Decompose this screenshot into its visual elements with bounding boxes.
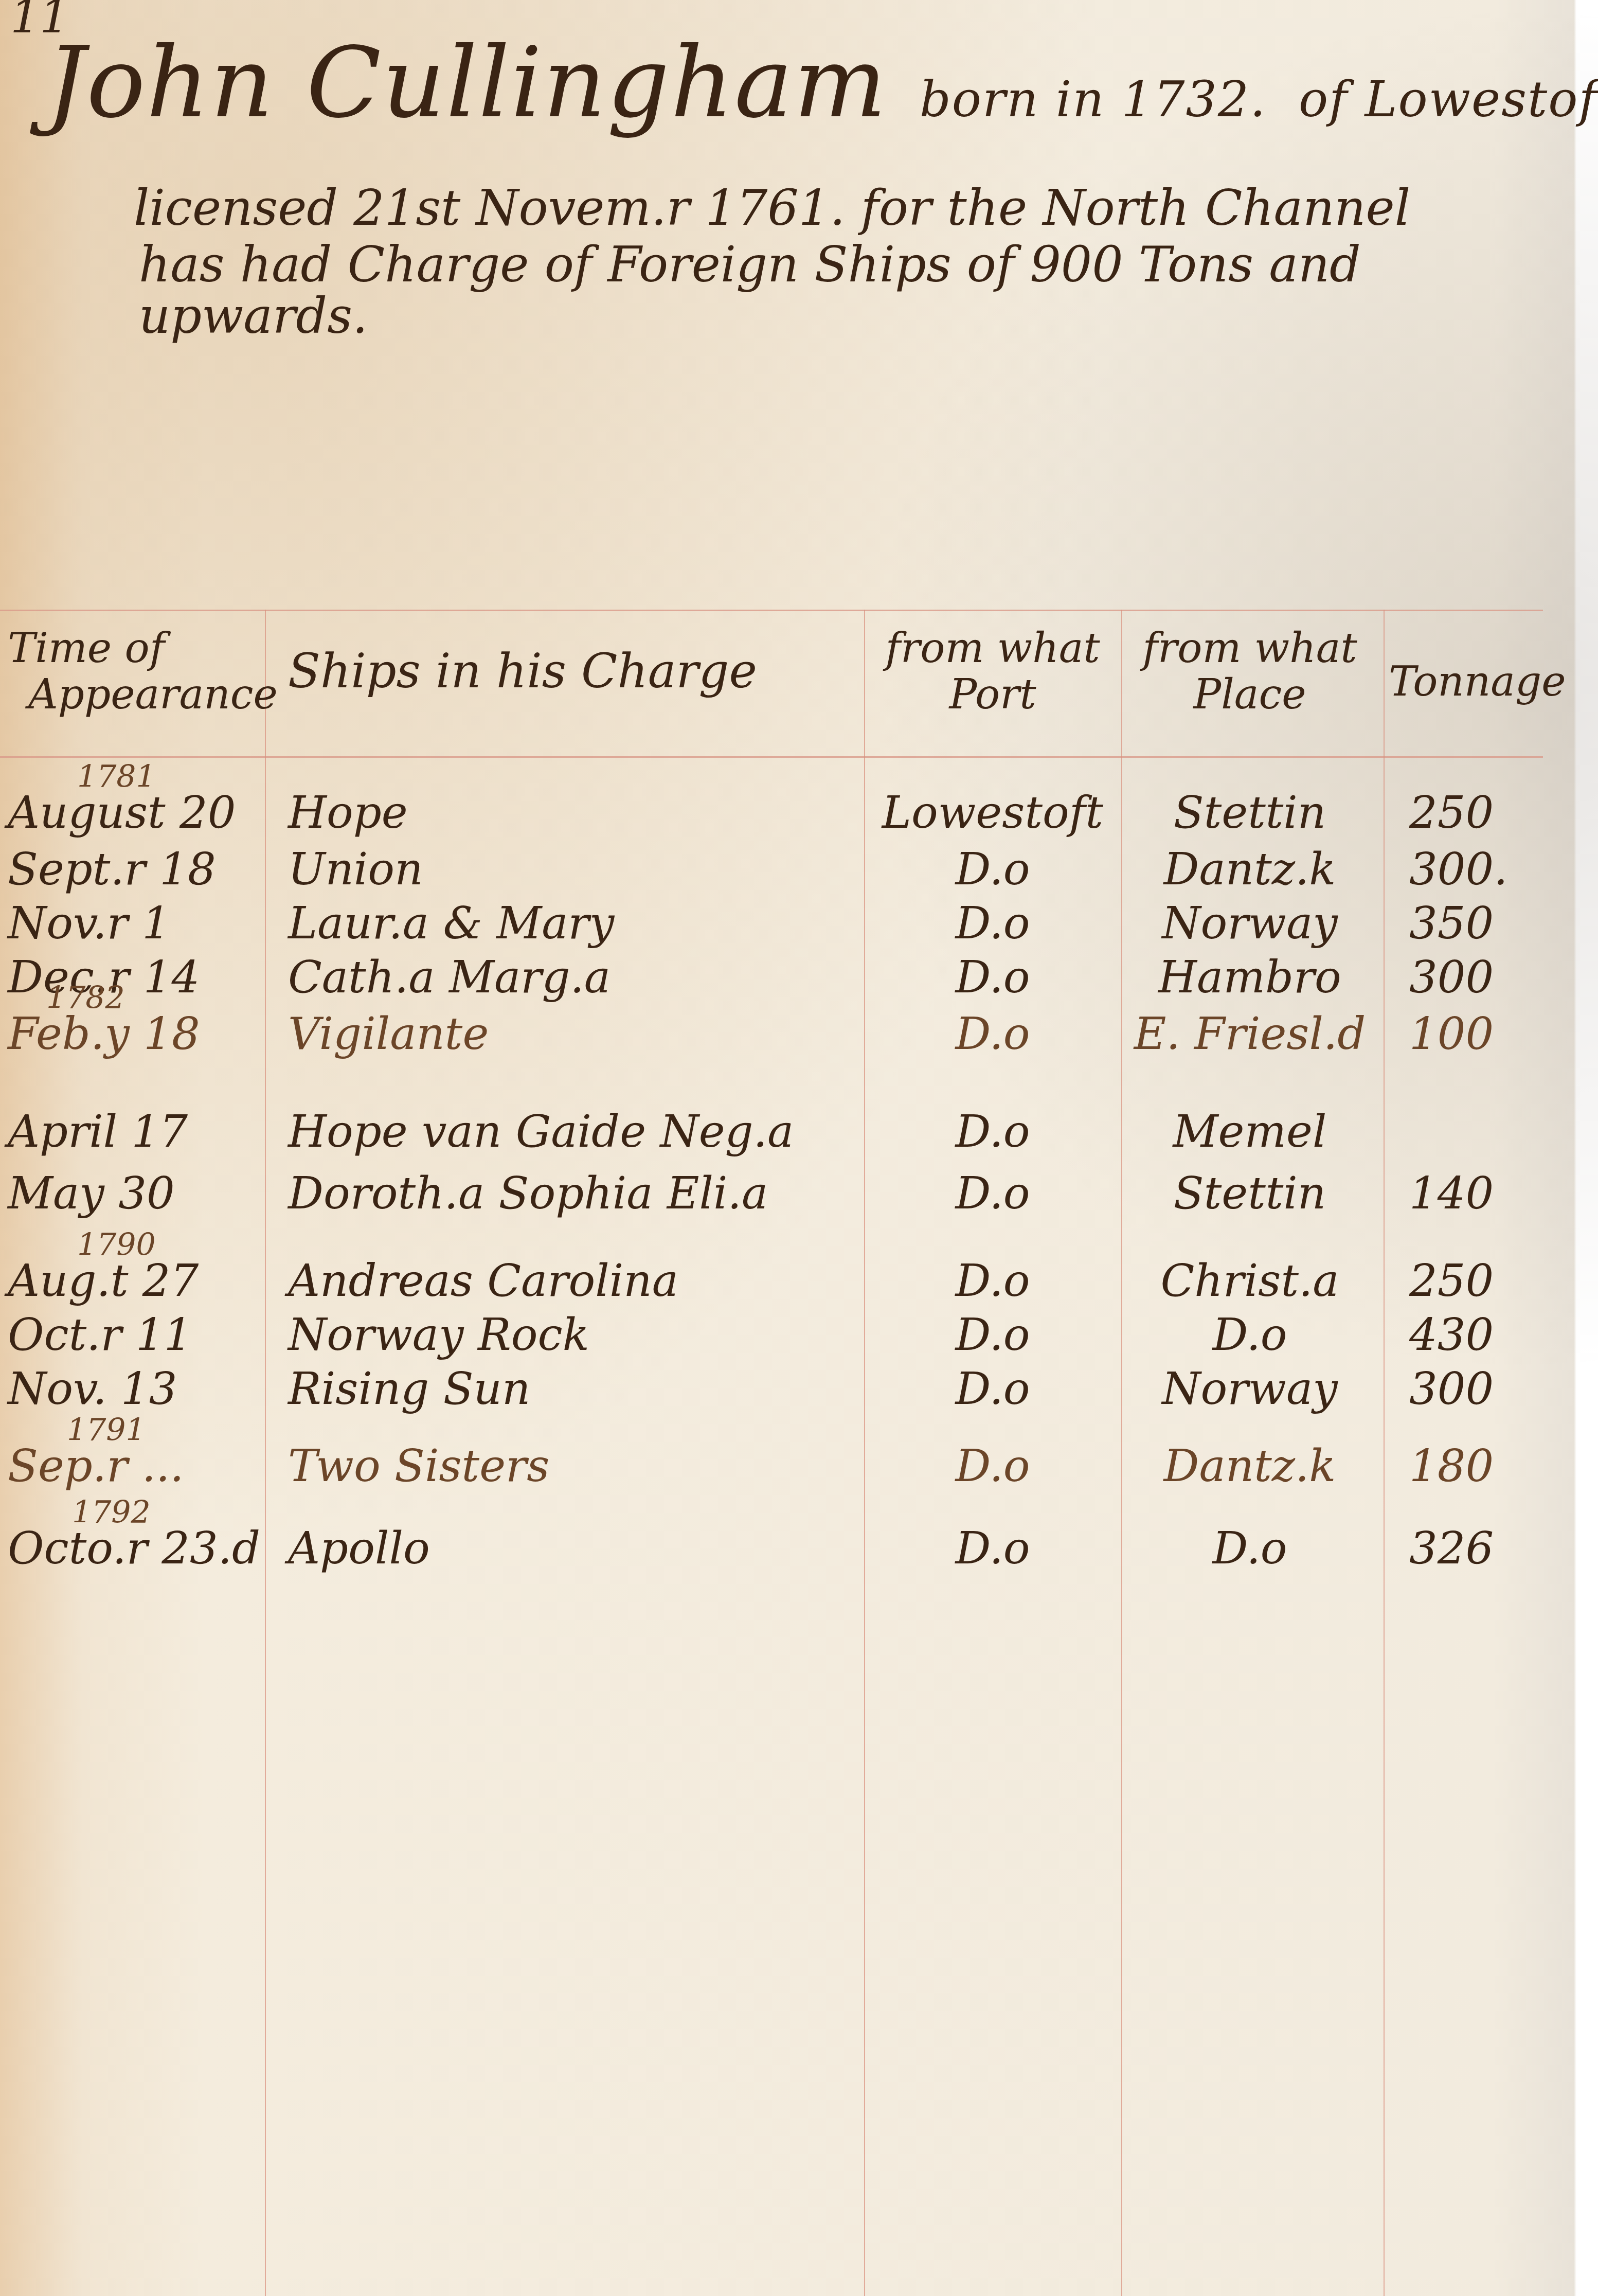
row-tonnage: 250 <box>1409 787 1494 839</box>
table-row: Dec.r 14 Cath.a Marg.a D.o Hambro 300 <box>0 952 1598 1008</box>
column-header-line: Appearance <box>8 671 278 718</box>
row-ship: Hope van Gaide Neg.a <box>288 1106 794 1158</box>
table-row: May 30 Doroth.a Sophia Eli.a D.o Stettin… <box>0 1168 1598 1224</box>
row-place: D.o <box>1126 1309 1373 1361</box>
row-port: D.o <box>874 1363 1111 1415</box>
row-ship: Hope <box>288 787 408 839</box>
row-ship: Doroth.a Sophia Eli.a <box>288 1168 768 1219</box>
row-place: Dantz.k <box>1126 844 1373 895</box>
heading-line-1: John Cullingham born in 1732. of Lowesto… <box>46 26 1598 139</box>
row-place: Memel <box>1126 1106 1373 1158</box>
row-date: August 20 <box>8 787 236 839</box>
row-place: E. Friesl.d <box>1126 1008 1373 1060</box>
row-ship: Norway Rock <box>288 1309 589 1361</box>
table-row: Nov.r 1 Laur.a & Mary D.o Norway 350 <box>0 898 1598 954</box>
row-port: Lowestoft <box>874 787 1111 839</box>
pilot-name: John Cullingham <box>46 26 888 139</box>
heading-line-2: licensed 21st Novem.r 1761. for the Nort… <box>134 180 1410 237</box>
row-date: Nov.r 1 <box>8 898 170 949</box>
row-port: D.o <box>874 1309 1111 1361</box>
row-ship: Cath.a Marg.a <box>288 952 611 1003</box>
row-tonnage: 300 <box>1409 1363 1494 1415</box>
row-port: D.o <box>874 1523 1111 1574</box>
table-row: 1791 Sep.r ... Two Sisters D.o Dantz.k 1… <box>0 1440 1598 1497</box>
row-tonnage: 140 <box>1409 1168 1494 1219</box>
row-ship: Apollo <box>288 1523 430 1574</box>
row-ship: Rising Sun <box>288 1363 530 1415</box>
row-tonnage: 180 <box>1409 1440 1494 1492</box>
table-row: 1790 Aug.t 27 Andreas Carolina D.o Chris… <box>0 1255 1598 1312</box>
row-port: D.o <box>874 898 1111 949</box>
header-bottom-rule <box>0 756 1543 758</box>
table-row: Nov. 13 Rising Sun D.o Norway 300 <box>0 1363 1598 1420</box>
row-date: Nov. 13 <box>8 1363 177 1415</box>
row-place: Norway <box>1126 1363 1373 1415</box>
table-row: 1792 Octo.r 23.d Apollo D.o D.o 326 <box>0 1523 1598 1579</box>
row-tonnage: 300 <box>1409 952 1494 1003</box>
row-port: D.o <box>874 1106 1111 1158</box>
column-header-time: Time of Appearance <box>8 625 278 718</box>
row-place: Stettin <box>1126 1168 1373 1219</box>
row-place: D.o <box>1126 1523 1373 1574</box>
row-port: D.o <box>874 1168 1111 1219</box>
column-header-port: from what Port <box>874 625 1111 718</box>
table-row: April 17 Hope van Gaide Neg.a D.o Memel <box>0 1106 1598 1163</box>
row-date: Sep.r ... <box>8 1440 184 1492</box>
home-town: of Lowestoft, <box>1299 72 1598 128</box>
column-header-place: from what Place <box>1126 625 1373 718</box>
row-port: D.o <box>874 1255 1111 1307</box>
column-header-ships: Ships in his Charge <box>288 648 757 695</box>
column-header-line: Port <box>874 671 1111 718</box>
column-header-tonnage: Tonnage <box>1389 658 1566 705</box>
row-date: Octo.r 23.d <box>8 1523 260 1574</box>
row-ship: Two Sisters <box>288 1440 549 1492</box>
row-date: Aug.t 27 <box>8 1255 199 1307</box>
row-tonnage: 100 <box>1409 1008 1494 1060</box>
column-header-line: Tonnage <box>1389 658 1566 705</box>
row-date: Feb.y 18 <box>8 1008 200 1060</box>
row-place: Hambro <box>1126 952 1373 1003</box>
heading-line-3: has had Charge of Foreign Ships of 900 T… <box>139 237 1361 293</box>
table-row: 1781 August 20 Hope Lowestoft Stettin 25… <box>0 787 1598 844</box>
table-row: Sept.r 18 Union D.o Dantz.k 300. <box>0 844 1598 900</box>
row-port: D.o <box>874 844 1111 895</box>
row-port: D.o <box>874 952 1111 1003</box>
row-ship: Vigilante <box>288 1008 489 1060</box>
row-port: D.o <box>874 1440 1111 1492</box>
heading-line-4: upwards. <box>139 288 368 345</box>
row-date: Oct.r 11 <box>8 1309 192 1361</box>
row-tonnage: 350 <box>1409 898 1494 949</box>
licence-date: licensed 21st Novem.r 1761. <box>134 180 845 237</box>
row-tonnage: 300. <box>1409 844 1507 895</box>
row-ship: Union <box>288 844 423 895</box>
column-header-line: from what <box>1126 625 1373 671</box>
row-date: May 30 <box>8 1168 175 1219</box>
row-ship: Andreas Carolina <box>288 1255 678 1307</box>
ledger-page: 11 John Cullingham born in 1732. of Lowe… <box>0 0 1598 2296</box>
row-port: D.o <box>874 1008 1111 1060</box>
birth-year: born in 1732. <box>920 72 1267 128</box>
row-place: Norway <box>1126 898 1373 949</box>
licence-channel: for the North Channel <box>861 180 1411 237</box>
row-ship: Laur.a & Mary <box>288 898 614 949</box>
header-top-rule <box>0 610 1543 611</box>
column-header-line: Time of <box>8 625 278 671</box>
column-header-line: Place <box>1126 671 1373 718</box>
row-tonnage: 430 <box>1409 1309 1494 1361</box>
row-place: Dantz.k <box>1126 1440 1373 1492</box>
row-date: Sept.r 18 <box>8 844 216 895</box>
column-header-line: from what <box>874 625 1111 671</box>
column-header-line: Ships in his Charge <box>288 648 757 695</box>
row-tonnage: 250 <box>1409 1255 1494 1307</box>
row-place: Stettin <box>1126 787 1373 839</box>
table-row: 1782 Feb.y 18 Vigilante D.o E. Friesl.d … <box>0 1008 1598 1065</box>
row-tonnage: 326 <box>1409 1523 1494 1574</box>
table-row: Oct.r 11 Norway Rock D.o D.o 430 <box>0 1309 1598 1366</box>
row-date: April 17 <box>8 1106 188 1158</box>
row-place: Christ.a <box>1126 1255 1373 1307</box>
